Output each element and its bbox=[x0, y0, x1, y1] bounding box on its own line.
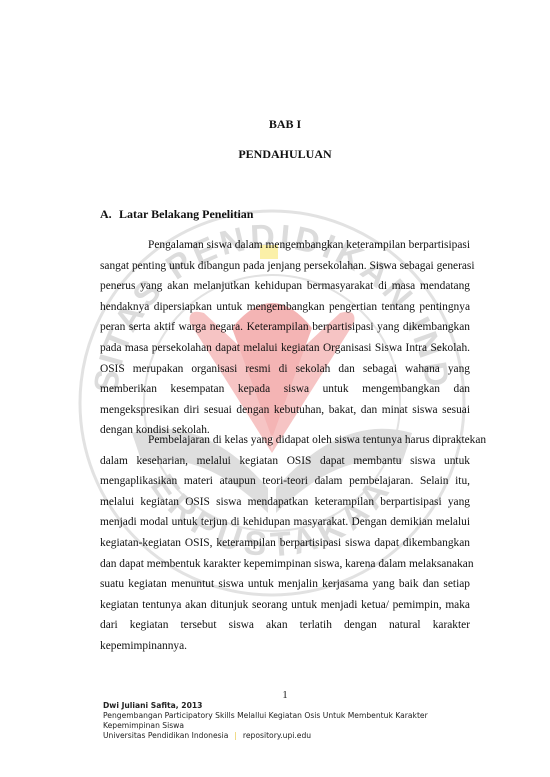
paragraph-line: kegiatan-kegiatan OSIS, keterampilan ber… bbox=[100, 533, 470, 554]
section-title: Latar Belakang Penelitian bbox=[119, 207, 253, 221]
paragraph-line: penerus yang akan melanjutkan kehidupan … bbox=[100, 276, 470, 297]
footer-institution-line: Universitas Pendidikan Indonesia|reposit… bbox=[103, 731, 428, 741]
paragraph-line: mengaplikasikan materi ataupun teori-teo… bbox=[100, 471, 470, 492]
paragraph-line: pada masa persekolahan dapat melalui keg… bbox=[100, 338, 470, 359]
footer-title-line-2: Kepemimpinan Siswa bbox=[103, 721, 428, 731]
section-number: A. bbox=[100, 207, 116, 222]
paragraph-line: hendaknya dipersiapkan untuk mengembangk… bbox=[100, 297, 470, 318]
paragraph-line: dari kegiatan tersebut siswa akan terlat… bbox=[100, 615, 470, 636]
paragraph-line: kepemimpinannya. bbox=[100, 636, 470, 657]
footer-author: Dwi Juliani Safita, 2013 bbox=[103, 701, 428, 711]
footer-title-line-1: Pengembangan Participatory Skills Melall… bbox=[103, 711, 428, 721]
paragraph-line: suatu kegiatan menuntut siswa untuk menj… bbox=[100, 574, 470, 595]
document-page: UNIVERSITAS PENDIDIKAN INDONESIA PERPUST… bbox=[0, 0, 550, 777]
document-footer: Dwi Juliani Safita, 2013 Pengembangan Pa… bbox=[103, 701, 428, 741]
paragraph-line: peran serta aktif warga negara. Keteramp… bbox=[100, 317, 470, 338]
footer-separator: | bbox=[234, 731, 237, 740]
chapter-title: PENDAHULUAN bbox=[100, 147, 470, 162]
paragraph-2: Pembelajaran di kelas yang didapat oleh … bbox=[100, 430, 470, 657]
paragraph-line: dan dapat membentuk karakter kepemimpina… bbox=[100, 554, 470, 575]
footer-repository-link[interactable]: repository.upi.edu bbox=[243, 731, 311, 740]
paragraph-line: kegiatan tentunya akan ditunjuk seorang … bbox=[100, 595, 470, 616]
paragraph-line: Pengalaman siswa dalam mengembangkan ket… bbox=[100, 235, 470, 256]
paragraph-line: melalui kegiatan OSIS siswa mendapatkan … bbox=[100, 492, 470, 513]
paragraph-line: dalam keseharian, melalui kegiatan OSIS … bbox=[100, 451, 470, 472]
paragraph-line: menjadi modal untuk terjun di kehidupan … bbox=[100, 512, 470, 533]
section-heading: A. Latar Belakang Penelitian bbox=[100, 207, 253, 222]
paragraph-1: Pengalaman siswa dalam mengembangkan ket… bbox=[100, 235, 470, 441]
paragraph-line: OSIS merupakan organisasi resmi di sekol… bbox=[100, 359, 470, 380]
paragraph-line: Pembelajaran di kelas yang didapat oleh … bbox=[100, 430, 470, 451]
page-number: 1 bbox=[100, 690, 470, 701]
footer-institution: Universitas Pendidikan Indonesia bbox=[103, 731, 228, 740]
chapter-heading: BAB I bbox=[100, 117, 470, 132]
paragraph-line: memberikan kesempatan kepada siswa untuk… bbox=[100, 379, 470, 400]
paragraph-line: sangat penting untuk dibangun pada jenja… bbox=[100, 256, 470, 277]
paragraph-line: mengekspresikan diri sesuai dengan kebut… bbox=[100, 400, 470, 421]
